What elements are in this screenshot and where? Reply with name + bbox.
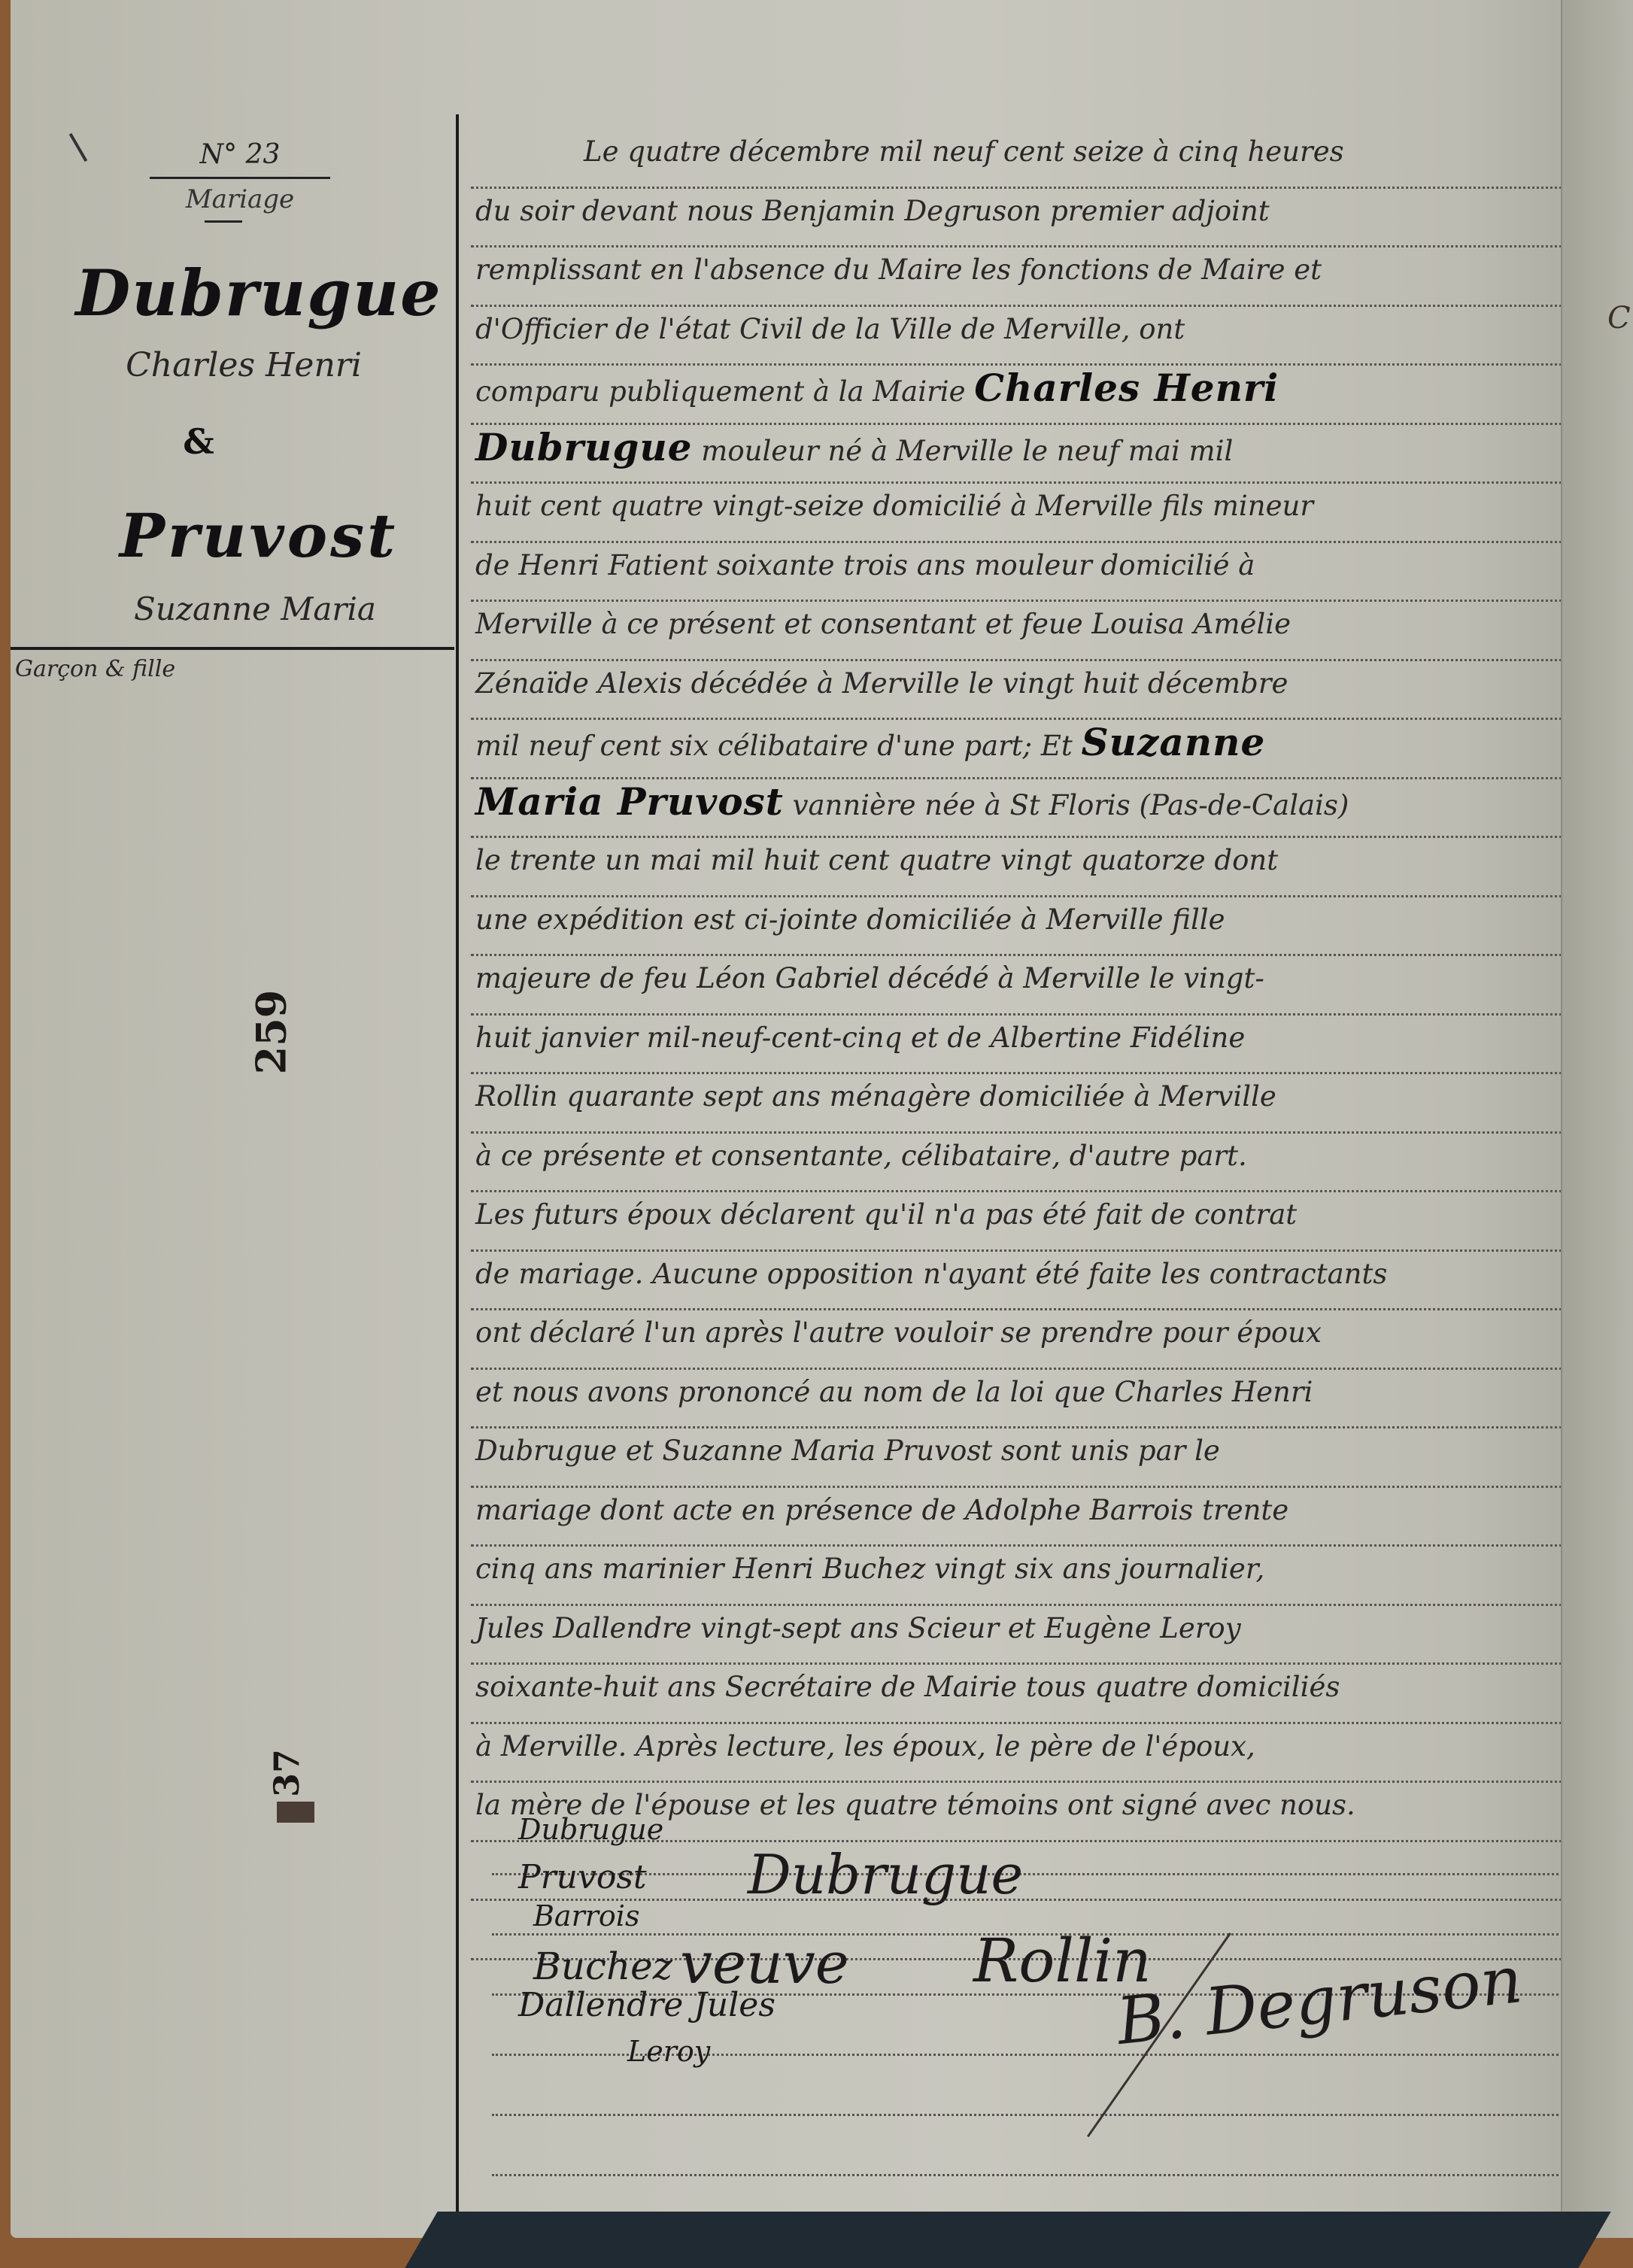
civil-status: Garçon & fille	[15, 656, 175, 682]
act-line: de mariage. Aucune opposition n'ayant ét…	[471, 1252, 1577, 1311]
act-line: une expédition est ci-jointe domiciliée …	[471, 897, 1577, 957]
act-line: soixante-huit ans Secrétaire de Mairie t…	[471, 1665, 1577, 1724]
act-line: mil neuf cent six célibataire d'une part…	[471, 720, 1577, 779]
act-line-text: vannière née à St Floris (Pas-de-Calais)	[784, 789, 1349, 821]
act-line: mariage dont acte en présence de Adolphe…	[471, 1488, 1577, 1547]
adjacent-page-edge: C	[1561, 0, 1633, 2238]
act-line: et nous avons prononcé au nom de la loi …	[471, 1370, 1577, 1429]
act-line: Dubrugue mouleur né à Merville le neuf m…	[471, 425, 1577, 484]
act-line: Dubrugue et Suzanne Maria Pruvost sont u…	[471, 1429, 1577, 1488]
signature-rule	[492, 2114, 1568, 2116]
signature-rule	[492, 1873, 1568, 1875]
act-line: Merville à ce présent et consentant et f…	[471, 602, 1577, 661]
highlighted-name: Maria Pruvost	[475, 779, 784, 824]
book-cover-edge	[405, 2212, 1610, 2268]
highlighted-name: Suzanne	[1082, 720, 1266, 764]
act-number-rule	[150, 177, 330, 179]
act-line: Rollin quarante sept ans ménagère domici…	[471, 1074, 1577, 1134]
act-line: cinq ans marinier Henri Buchez vingt six…	[471, 1547, 1577, 1606]
stamp-number: 37	[266, 1749, 307, 1797]
highlighted-name: Dubrugue	[475, 425, 693, 469]
signature-block: Dubrugue Pruvost Dubrugue Barrois Buchez…	[492, 1805, 1575, 2197]
signature-officer: B. Degruson	[1113, 1942, 1525, 2060]
act-line: Maria Pruvost vannière née à St Floris (…	[471, 779, 1577, 839]
highlighted-name: Charles Henri	[974, 366, 1279, 410]
stamp-block	[277, 1802, 314, 1823]
act-line: remplissant en l'absence du Maire les fo…	[471, 247, 1577, 307]
register-page: N° 23 Mariage Dubrugue Charles Henri & P…	[11, 0, 1620, 2238]
act-type-rule	[205, 220, 242, 223]
signature-groom: Dubrugue	[518, 1813, 663, 1846]
bride-surname: Pruvost	[86, 500, 432, 571]
signature-witness-buchez: Buchez	[533, 1945, 672, 1988]
groom-surname: Dubrugue	[56, 256, 462, 330]
act-number: N° 23	[153, 139, 326, 170]
margin-divider-vertical	[456, 114, 459, 2228]
act-line: huit cent quatre vingt-seize domicilié à…	[471, 484, 1577, 543]
act-line: huit janvier mil-neuf-cent-cinq et de Al…	[471, 1016, 1577, 1075]
margin-tick-mark	[69, 133, 87, 162]
signature-witness-barrois: Barrois	[533, 1899, 639, 1933]
signature-witness-dallendre: Dallendre Jules	[518, 1986, 776, 2024]
signature-rule	[492, 2174, 1568, 2176]
act-line-text: comparu publiquement à la Mairie	[475, 375, 974, 408]
margin-divider-horizontal	[11, 647, 454, 650]
act-line: le trente un mai mil huit cent quatre vi…	[471, 838, 1577, 897]
act-line: à ce présente et consentante, célibatair…	[471, 1134, 1577, 1193]
folio-number: 259	[247, 990, 295, 1075]
act-line: du soir devant nous Benjamin Degruson pr…	[471, 189, 1577, 248]
act-line: Le quatre décembre mil neuf cent seize à…	[471, 129, 1577, 189]
act-line: d'Officier de l'état Civil de la Ville d…	[471, 307, 1577, 366]
act-line: de Henri Fatient soixante trois ans moul…	[471, 543, 1577, 603]
signature-bride: Pruvost	[518, 1858, 647, 1896]
margin-column: N° 23 Mariage Dubrugue Charles Henri & P…	[11, 0, 462, 2238]
act-line-text: mil neuf cent six célibataire d'une part…	[475, 730, 1082, 762]
act-line: majeure de feu Léon Gabriel décédé à Mer…	[471, 956, 1577, 1016]
signature-groom-father: Dubrugue	[748, 1843, 1023, 1906]
act-line: Zénaïde Alexis décédée à Merville le vin…	[471, 661, 1577, 721]
act-line: Jules Dallendre vingt-sept ans Scieur et…	[471, 1606, 1577, 1665]
act-line: à Merville. Après lecture, les époux, le…	[471, 1724, 1577, 1784]
act-type: Mariage	[153, 184, 326, 214]
act-body: Le quatre décembre mil neuf cent seize à…	[471, 129, 1577, 1960]
act-line: comparu publiquement à la Mairie Charles…	[471, 366, 1577, 425]
act-line: Les futurs époux déclarent qu'il n'a pas…	[471, 1192, 1577, 1252]
adjacent-page-fragment: C	[1607, 301, 1631, 335]
signature-witness-leroy: Leroy	[627, 2035, 710, 2068]
ampersand: &	[161, 421, 236, 462]
groom-given-names: Charles Henri	[86, 346, 402, 384]
bride-given-names: Suzanne Maria	[93, 591, 417, 627]
act-line-text: mouleur né à Merville le neuf mai mil	[693, 435, 1234, 467]
act-line: ont déclaré l'un après l'autre vouloir s…	[471, 1310, 1577, 1370]
